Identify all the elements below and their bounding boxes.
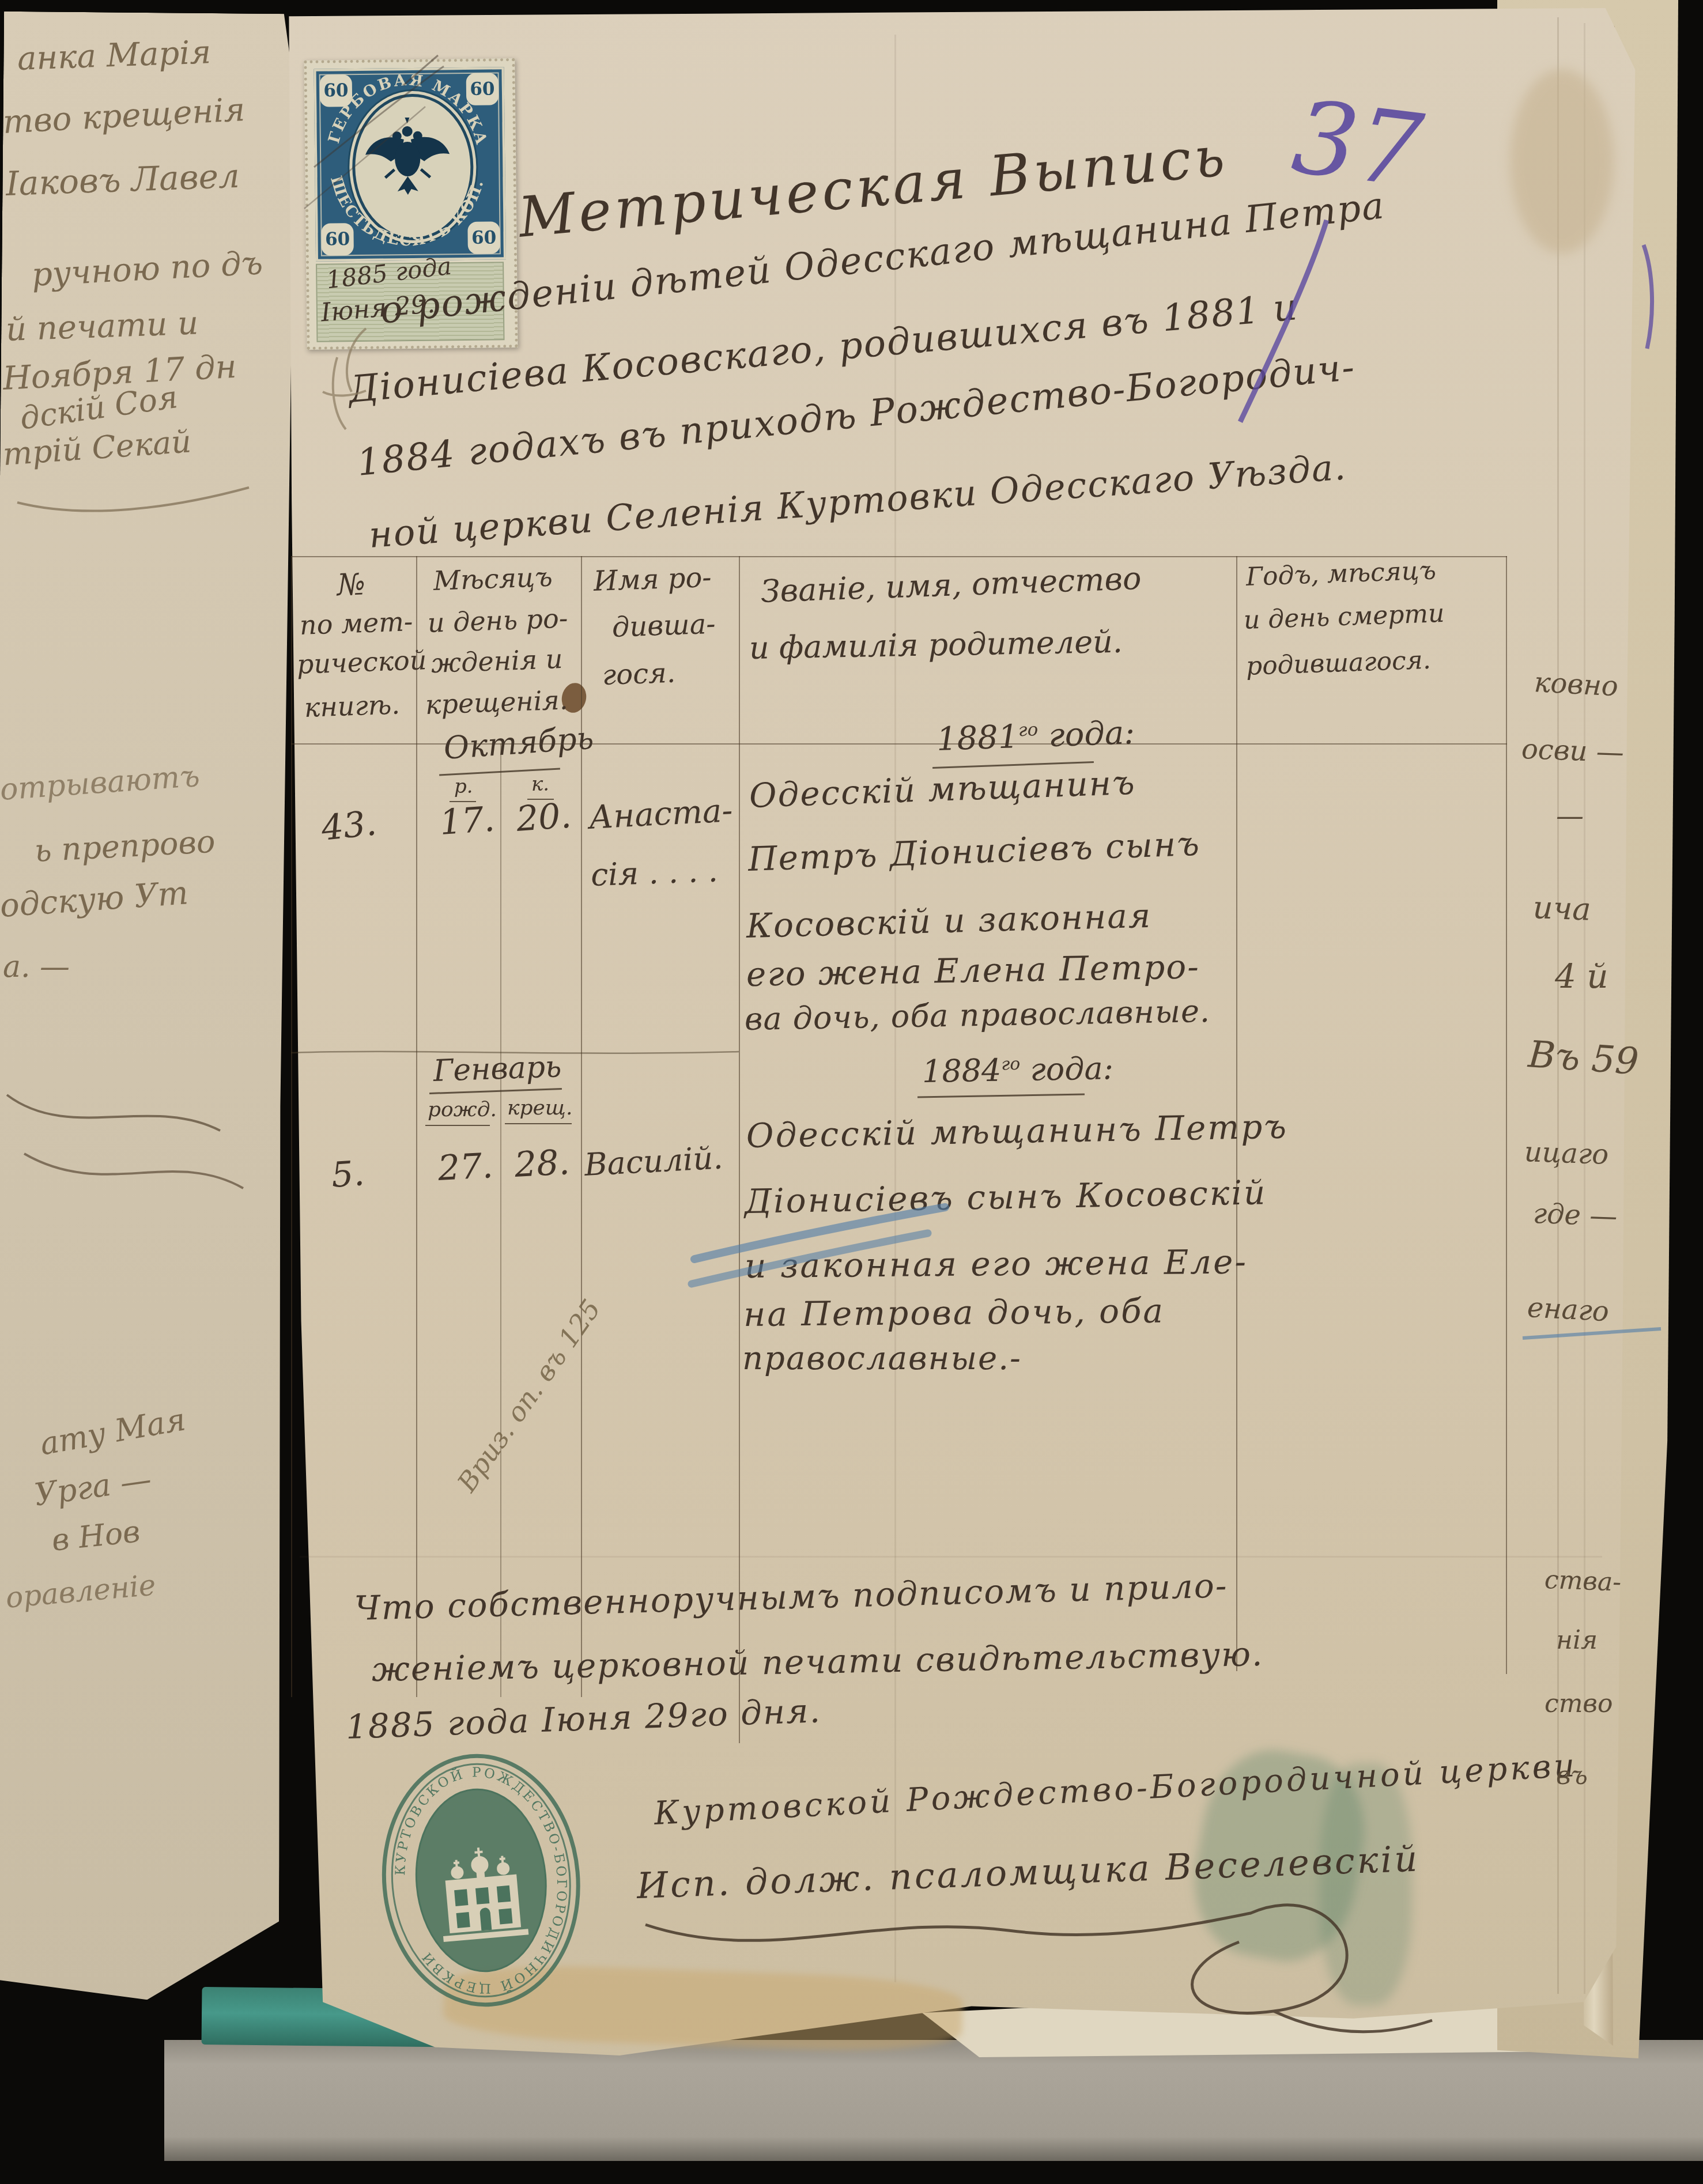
archival-scan: анка Марія тво крещенія Іаковъ Лавел руч… — [0, 0, 1703, 2184]
decorative-strokes — [0, 0, 1703, 2184]
